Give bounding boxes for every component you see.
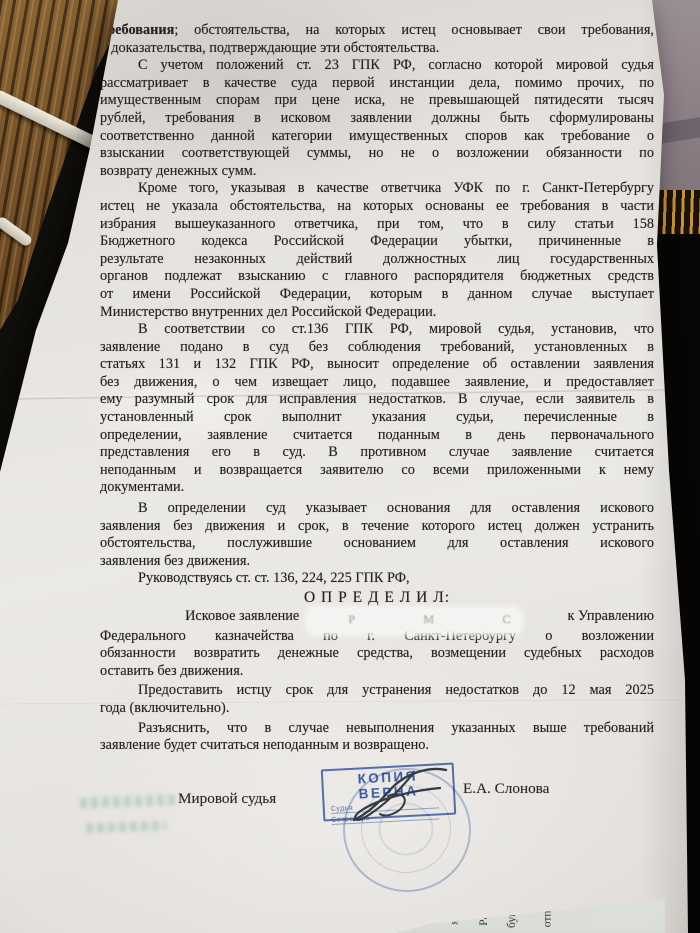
- text-line: требования; обстоятельства, на которых и…: [100, 22, 654, 40]
- text-line: заявление подано в суд без соблюдения тр…: [100, 339, 654, 357]
- photo-of-court-ruling: требования; обстоятельства, на которых и…: [0, 0, 700, 933]
- text-line: ему разумный срок для исправления недост…: [100, 391, 654, 409]
- text-line: взыскании соответствующей суммы, но не о…: [100, 145, 654, 163]
- redaction-mark: Р М С: [310, 611, 518, 631]
- text-line: обязанности возвратить денежные средства…: [100, 645, 654, 663]
- judge-name: Е.А. Слонова: [463, 780, 549, 798]
- paragraph: В соответствии со ст.136 ГПК РФ, мировой…: [100, 321, 654, 497]
- text-line: представления его в суд. В противном слу…: [100, 444, 654, 462]
- paper-document: требования; обстоятельства, на которых и…: [0, 0, 700, 933]
- paragraph: Предоставить истцу срок для устранения н…: [100, 682, 654, 717]
- paper-sheet-wrap: требования; обстоятельства, на которых и…: [0, 0, 700, 933]
- text-line: имущественным спорам при цене иска, не п…: [100, 92, 654, 110]
- text-line: заявления без движения.: [100, 553, 654, 571]
- text-line: В определении суд указывает основания дл…: [100, 500, 654, 518]
- text-line: без движения, о чем извещает лицо, подав…: [100, 374, 654, 392]
- redacted-text-line: Исковое заявлениеР М Ск Управлению: [100, 608, 654, 628]
- text-line: избрания вышеуказанного ответчика, при т…: [100, 216, 654, 234]
- ruling-heading: О П Р Е Д Е Л И Л:: [100, 589, 654, 607]
- text-line: соответственно данной категории имуществ…: [100, 128, 654, 146]
- text-line: от имени Российской Федерации, которым в…: [100, 286, 654, 304]
- text-line: года (включительно).: [100, 700, 654, 718]
- text-line: истец не указала обстоятельства, на кото…: [100, 198, 654, 216]
- text-line: статьях 131 и 132 ГПК РФ, выносит опреде…: [100, 356, 654, 374]
- ink-bleedthrough: [86, 821, 166, 834]
- text-line: Кроме того, указывая в качестве ответчик…: [100, 180, 654, 198]
- text-line: органов подлежат взысканию с главного ра…: [100, 268, 654, 286]
- paragraph: Исковое заявлениеР М Ск УправлениюФедера…: [100, 608, 654, 681]
- paragraph: С учетом положений ст. 23 ГПК РФ, соглас…: [100, 57, 654, 180]
- text-line: Руководствуясь ст. ст. 136, 224, 225 ГПК…: [100, 570, 654, 588]
- paragraph: Кроме того, указывая в качестве ответчик…: [100, 180, 654, 321]
- text-line: рублей, требования в исковом заявлении д…: [100, 110, 654, 128]
- judge-role-label: Мировой судья: [178, 790, 276, 808]
- text-line: обстоятельства, послужившие основанием д…: [100, 535, 654, 553]
- text-line: определении, заявление считается поданны…: [100, 427, 654, 445]
- paragraph: Разъяснить, что в случае невыполнения ук…: [100, 720, 654, 755]
- text-line: результате незаконных действий должностн…: [100, 251, 654, 269]
- text-line: рассматривает в качестве суда первой инс…: [100, 75, 654, 93]
- text-line: Разъяснить, что в случае невыполнения ук…: [100, 720, 654, 738]
- text-line: С учетом положений ст. 23 ГПК РФ, соглас…: [100, 57, 654, 75]
- ink-bleedthrough: [80, 794, 175, 808]
- paragraph: Руководствуясь ст. ст. 136, 224, 225 ГПК…: [100, 570, 654, 588]
- paragraph: требования; обстоятельства, на которых и…: [100, 22, 654, 57]
- text-line: Бюджетного кодекса Российской Федерации …: [100, 233, 654, 251]
- text-line: возврату денежных сумм.: [100, 163, 654, 181]
- text-line: неподанным и возвращается заявителю со в…: [100, 462, 654, 480]
- text-line: Предоставить истцу срок для устранения н…: [100, 682, 654, 700]
- text-line: В соответствии со ст.136 ГПК РФ, мировой…: [100, 321, 654, 339]
- text-line: заявления без движения и срок, в течение…: [100, 518, 654, 536]
- paragraph: В определении суд указывает основания дл…: [100, 500, 654, 570]
- text-line: и доказательства, подтверждающие эти обс…: [100, 40, 654, 58]
- text-line: оставить без движения.: [100, 663, 654, 681]
- document-text: требования; обстоятельства, на которых и…: [100, 22, 654, 755]
- text-line: установленный срок выполнит указания суд…: [100, 409, 654, 427]
- judge-signature: [318, 752, 478, 842]
- text-line: документами.: [100, 479, 654, 497]
- text-line: Министерство внутренних дел Российской Ф…: [100, 304, 654, 322]
